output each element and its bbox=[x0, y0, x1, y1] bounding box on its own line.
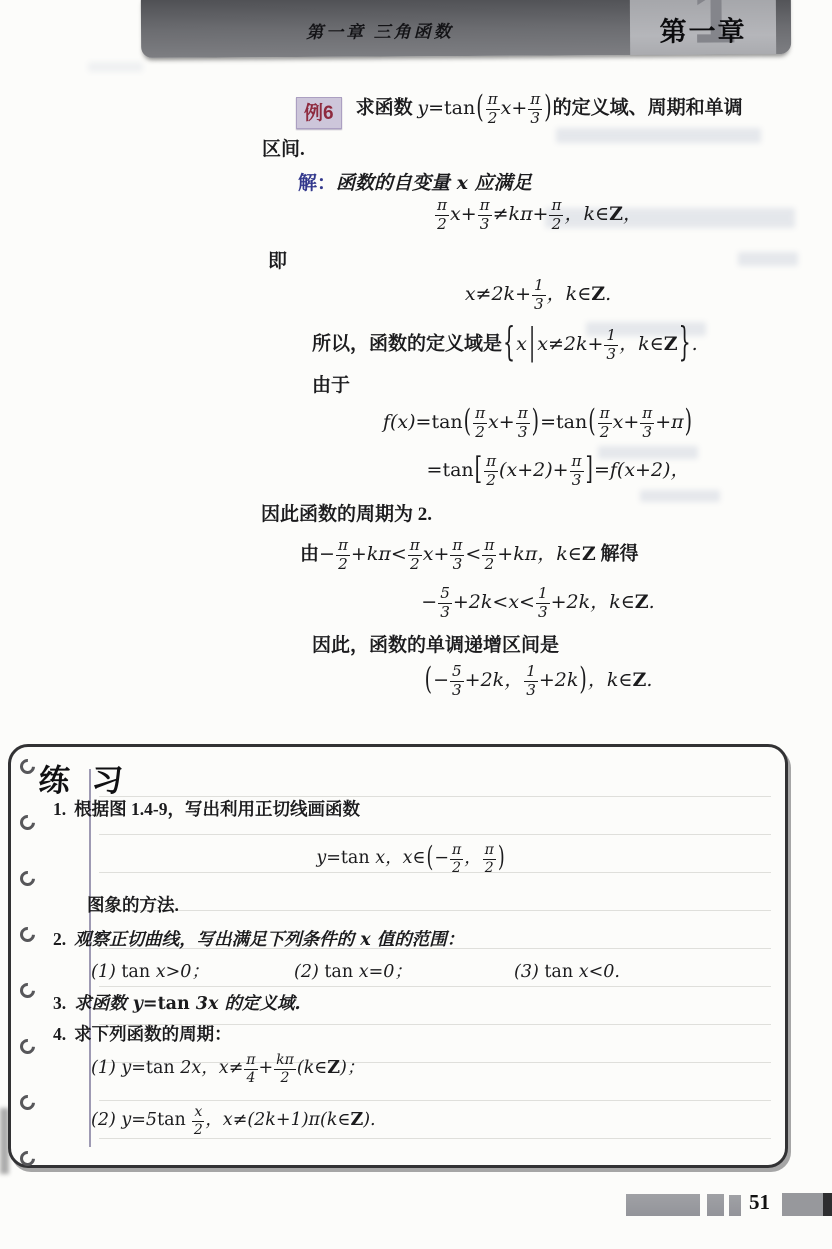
exercise-item-4-part-2: (2) y=5tan x2，x≠(2k+1)π(k∈Z). bbox=[91, 1105, 376, 1137]
ghosting-artifact bbox=[88, 62, 143, 72]
example-badge: 例6 bbox=[296, 97, 342, 130]
equation-fx-1: f(x)=tan(π2x+π3)=tan(π2x+π3+π) bbox=[258, 406, 818, 441]
domain-line: 所以，函数的定义域是{x|x≠2k+13，k∈Z}. bbox=[312, 328, 698, 363]
page-number: 51 bbox=[749, 1190, 770, 1215]
chapter-tab-label: 第一章 bbox=[630, 9, 776, 49]
item-number: 1. bbox=[53, 799, 66, 819]
ghosting-artifact bbox=[738, 252, 798, 266]
example-intro-line: 例6求函数 y=tan(π2x+π3)的定义域、周期和单调 bbox=[296, 92, 743, 129]
binding-hole bbox=[17, 868, 38, 889]
exercises-title: 练习 bbox=[37, 755, 146, 800]
ruled-line bbox=[99, 1138, 771, 1139]
item-number: 3. bbox=[53, 993, 66, 1013]
footer-ink-block bbox=[782, 1193, 832, 1216]
solution-line: 解：函数的自变量 x 应满足 bbox=[298, 172, 532, 196]
equation-simplified: x≠2k+13，k∈Z. bbox=[258, 278, 818, 313]
running-title: 第一章 三角函数 bbox=[306, 17, 454, 43]
exercise-item-2-part-3: (3) tan x<0. bbox=[514, 961, 620, 984]
binding-hole bbox=[17, 756, 38, 777]
exercise-item-4-part-1: (1) y=tan 2x，x≠π4+kπ2(k∈Z)； bbox=[91, 1053, 364, 1085]
margin-rule bbox=[89, 769, 91, 1147]
footer-ink-block bbox=[729, 1195, 741, 1216]
ruled-line bbox=[99, 1100, 771, 1101]
intro-text-after: 的定义域、周期和单调 bbox=[553, 98, 743, 119]
ghosting-artifact bbox=[556, 128, 761, 143]
chapter-tab: 1 第一章 bbox=[630, 0, 776, 55]
binding-hole bbox=[17, 1036, 38, 1057]
since-label: 由于 bbox=[312, 374, 350, 398]
monotonic-line: 由−π2+kπ<π2x+π3<π2+kπ，k∈Z 解得 bbox=[300, 538, 638, 573]
item-text: 求函数 y=tan 3x 的定义域. bbox=[74, 994, 301, 1014]
ghosting-artifact bbox=[640, 490, 720, 502]
ruled-line bbox=[99, 910, 771, 911]
binding-hole bbox=[17, 1148, 38, 1169]
domain-text: 所以，函数的定义域是 bbox=[312, 334, 502, 355]
item-text: 观察正切曲线，写出满足下列条件的 x 值的范围： bbox=[74, 930, 464, 950]
solve-label: 解： bbox=[298, 173, 336, 194]
chapter-header-bar: 第一章 三角函数 1 第一章 bbox=[141, 0, 791, 58]
item-text: 求下列函数的周期： bbox=[74, 1024, 232, 1044]
monotonic-inequality: −π2+kπ<π2x+π3<π2+kπ，k∈Z bbox=[319, 543, 596, 565]
textbook-page: 第一章 三角函数 1 第一章 例6求函数 y=tan(π2x+π3)的定义域、周… bbox=[0, 0, 832, 1249]
item-number: 4. bbox=[53, 1024, 66, 1044]
monotonic-text-before: 由 bbox=[300, 544, 319, 565]
monotonic-text-after: 解得 bbox=[596, 544, 639, 565]
exercise-item-2-part-1: (1) tan x>0； bbox=[91, 961, 209, 984]
period-line: 因此函数的周期为 2. bbox=[261, 503, 432, 527]
footer-ink-block bbox=[626, 1194, 700, 1216]
equation-fx-2: =tan[π2(x+2)+π3]=f(x+2)， bbox=[278, 454, 832, 489]
binding-hole bbox=[17, 812, 38, 833]
exercise-item-3: 3.求函数 y=tan 3x 的定义域. bbox=[53, 993, 301, 1016]
domain-set: {x|x≠2k+13，k∈Z}. bbox=[502, 333, 698, 355]
solve-text: 函数的自变量 x 应满足 bbox=[336, 172, 532, 194]
exercise-item-1-formula: y=tan x，x∈(−π2，π2) bbox=[91, 843, 731, 875]
exercise-item-1-continuation: 图象的方法. bbox=[87, 895, 179, 917]
intro-continuation: 区间. bbox=[262, 138, 305, 162]
equation-interval: (−53+2k，13+2k)，k∈Z. bbox=[258, 664, 818, 699]
footer-ink-block bbox=[707, 1194, 724, 1216]
then-label: 即 bbox=[268, 250, 287, 274]
item-number: 2. bbox=[53, 929, 66, 949]
ruled-line bbox=[99, 986, 771, 987]
equation-solution: −53+2k<x<13+2k，k∈Z. bbox=[258, 586, 818, 621]
binding-hole bbox=[17, 924, 38, 945]
ruled-line bbox=[99, 834, 771, 835]
ruled-line bbox=[99, 796, 771, 797]
intro-formula: y=tan(π2x+π3) bbox=[417, 97, 552, 119]
intro-text-before: 求函数 bbox=[356, 98, 418, 119]
conclusion-line: 因此，函数的单调递增区间是 bbox=[312, 634, 559, 658]
exercise-item-2: 2.观察正切曲线，写出满足下列条件的 x 值的范围： bbox=[53, 929, 464, 952]
exercises-box: 练习 1.根据图 1.4-9，写出利用正切线画函数 y=tan x，x∈(−π2… bbox=[8, 744, 788, 1168]
exercise-item-2-part-2: (2) tan x=0； bbox=[294, 961, 412, 984]
exercise-item-1: 1.根据图 1.4-9，写出利用正切线画函数 bbox=[53, 799, 360, 821]
equation-constraint: π2x+π3≠kπ+π2，k∈Z， bbox=[258, 198, 818, 233]
binding-hole bbox=[17, 1092, 38, 1113]
item-text: 根据图 1.4-9，写出利用正切线画函数 bbox=[74, 799, 360, 819]
binding-hole bbox=[17, 980, 38, 1001]
exercise-item-4: 4.求下列函数的周期： bbox=[53, 1024, 232, 1046]
